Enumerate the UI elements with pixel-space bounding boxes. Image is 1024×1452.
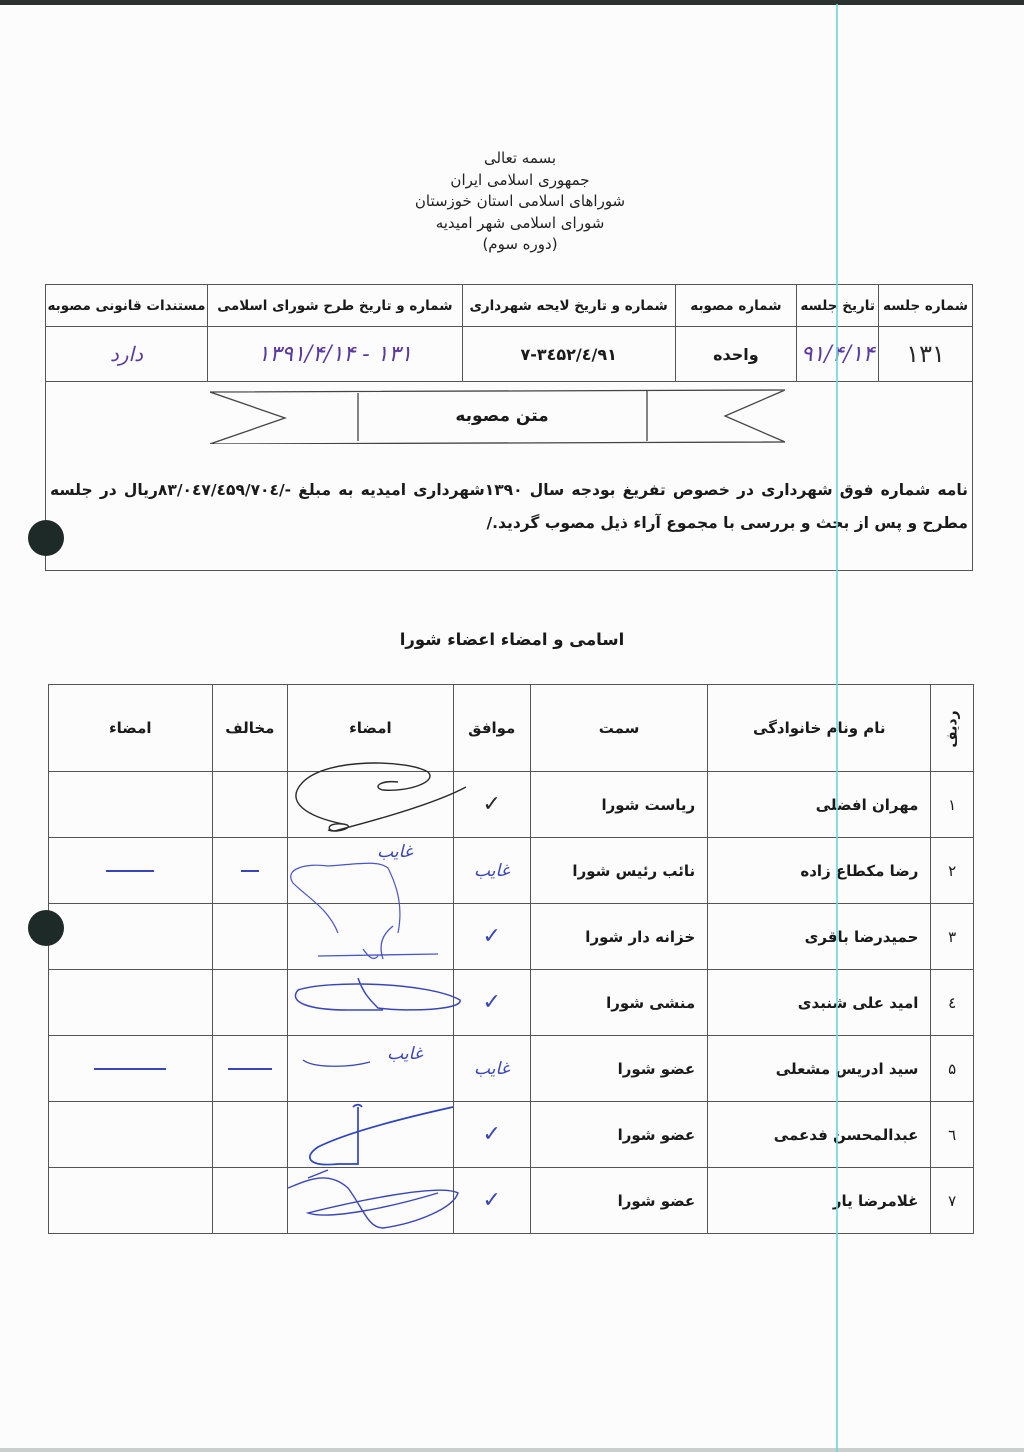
agree-mark: ✓ — [453, 1168, 530, 1234]
agree-mark: ✓ — [453, 904, 530, 970]
punch-hole — [28, 520, 64, 556]
letterhead-line: بسمه تعالی — [350, 148, 690, 170]
member-name: عبدالمحسن فدعمی — [708, 1102, 931, 1168]
signature-icon — [288, 904, 465, 969]
oppose-mark — [212, 1036, 288, 1102]
col-legal-documents: مستندات قانونی مصوبه — [46, 285, 208, 327]
letterhead-line: شورای اسلامی شهر امیدیه — [350, 213, 690, 235]
resolution-number-value: واحده — [675, 327, 797, 382]
col-session-date: تاریخ جلسه — [797, 285, 879, 327]
oppose-mark — [212, 838, 288, 904]
agree-signature: غایب — [288, 838, 454, 904]
oppose-mark — [212, 904, 288, 970]
signature-icon — [288, 1102, 465, 1167]
members-table: ردیف نام ونام خانوادگی سمت موافق امضاء م… — [48, 684, 974, 1234]
member-number: ۷ — [931, 1168, 974, 1234]
col-resolution-number: شماره مصوبه — [675, 285, 797, 327]
oppose-signature — [49, 838, 213, 904]
agree-mark: غایب — [453, 838, 530, 904]
member-name: مهران افضلی — [708, 772, 931, 838]
oppose-mark — [212, 772, 288, 838]
letterhead: بسمه تعالی جمهوری اسلامی ایران شوراهای ا… — [350, 148, 690, 256]
oppose-signature — [49, 970, 213, 1036]
agree-signature — [288, 1168, 454, 1234]
col-council-plan: شماره و تاریخ طرح شورای اسلامی — [208, 285, 463, 327]
member-number: ۳ — [931, 904, 974, 970]
agree-signature — [288, 904, 454, 970]
member-name: غلامرضا یار — [708, 1168, 931, 1234]
col-municipal-bill: شماره و تاریخ لایحه شهرداری — [462, 285, 675, 327]
col-oppose-signature: امضاء — [49, 685, 213, 772]
col-full-name: نام ونام خانوادگی — [708, 685, 931, 772]
agree-mark: ✓ — [453, 772, 530, 838]
oppose-signature — [49, 904, 213, 970]
col-agree: موافق — [453, 685, 530, 772]
col-position: سمت — [530, 685, 707, 772]
col-session-number: شماره جلسه — [879, 285, 973, 327]
member-role: ریاست شورا — [530, 772, 707, 838]
member-number: ۲ — [931, 838, 974, 904]
oppose-mark — [212, 1102, 288, 1168]
signature-icon — [288, 772, 465, 837]
members-header-row: ردیف نام ونام خانوادگی سمت موافق امضاء م… — [49, 685, 974, 772]
info-value-row: ۱۳۱ ۹۱/۴/۱۴ واحده ۹۱/٤/۷-۳٤۵۲ ۱۳۱ - ۱۳۹۱… — [46, 327, 973, 382]
signature-icon — [288, 1168, 465, 1233]
signature-icon — [288, 1036, 465, 1101]
approval-text: نامه شماره فوق شهرداری در خصوص تفریغ بود… — [50, 474, 968, 540]
session-date-value: ۹۱/۴/۱۴ — [797, 327, 879, 382]
letterhead-line: (دوره سوم) — [350, 234, 690, 256]
oppose-signature — [49, 1036, 213, 1102]
member-role: عضو شورا — [530, 1168, 707, 1234]
member-row: ۷ غلامرضا یار عضو شورا ✓ — [49, 1168, 974, 1234]
member-name: رضا مکطاع زاده — [708, 838, 931, 904]
agree-signature — [288, 772, 454, 838]
member-name: امید علی شنبدی — [708, 970, 931, 1036]
member-row: ۳ حمیدرضا باقری خزانه دار شورا ✓ — [49, 904, 974, 970]
info-header-row: شماره جلسه تاریخ جلسه شماره مصوبه شماره … — [46, 285, 973, 327]
member-name: حمیدرضا باقری — [708, 904, 931, 970]
member-number: ۵ — [931, 1036, 974, 1102]
agree-signature — [288, 970, 454, 1036]
member-number: ٦ — [931, 1102, 974, 1168]
agree-mark: غایب — [453, 1036, 530, 1102]
members-title: اسامی و امضاء اعضاء شورا — [300, 630, 724, 649]
member-row: ٤ امید علی شنبدی منشی شورا ✓ — [49, 970, 974, 1036]
punch-hole — [28, 910, 64, 946]
oppose-mark — [212, 1168, 288, 1234]
member-name: سید ادریس مشعلی — [708, 1036, 931, 1102]
agree-signature — [288, 1102, 454, 1168]
letterhead-line: شوراهای اسلامی استان خوزستان — [350, 191, 690, 213]
member-role: عضو شورا — [530, 1036, 707, 1102]
agree-mark: ✓ — [453, 1102, 530, 1168]
col-row-number: ردیف — [931, 685, 974, 772]
council-plan-value: ۱۳۱ - ۱۳۹۱/۴/۱۴ — [208, 327, 463, 382]
scan-edge-top — [0, 0, 1024, 5]
member-row: ۲ رضا مکطاع زاده نائب رئیس شورا غایب غای… — [49, 838, 974, 904]
letterhead-line: جمهوری اسلامی ایران — [350, 170, 690, 192]
col-oppose: مخالف — [212, 685, 288, 772]
member-role: نائب رئیس شورا — [530, 838, 707, 904]
member-row: ۵ سید ادریس مشعلی عضو شورا غایب غایب — [49, 1036, 974, 1102]
agree-mark: ✓ — [453, 970, 530, 1036]
scan-edge-bottom — [0, 1448, 1024, 1452]
approval-title: متن مصوبه — [358, 392, 646, 439]
signature-icon — [288, 970, 465, 1035]
oppose-mark — [212, 970, 288, 1036]
oppose-signature — [49, 772, 213, 838]
agree-signature: غایب — [288, 1036, 454, 1102]
municipal-bill-value: ۹۱/٤/۷-۳٤۵۲ — [462, 327, 675, 382]
legal-documents-value: دارد — [46, 327, 208, 382]
member-role: منشی شورا — [530, 970, 707, 1036]
member-number: ۱ — [931, 772, 974, 838]
member-role: خزانه دار شورا — [530, 904, 707, 970]
session-number-value: ۱۳۱ — [879, 327, 973, 382]
oppose-signature — [49, 1102, 213, 1168]
oppose-signature — [49, 1168, 213, 1234]
member-row: ۱ مهران افضلی ریاست شورا ✓ — [49, 772, 974, 838]
member-row: ٦ عبدالمحسن فدعمی عضو شورا ✓ — [49, 1102, 974, 1168]
member-number: ٤ — [931, 970, 974, 1036]
col-agree-signature: امضاء — [288, 685, 454, 772]
member-role: عضو شورا — [530, 1102, 707, 1168]
